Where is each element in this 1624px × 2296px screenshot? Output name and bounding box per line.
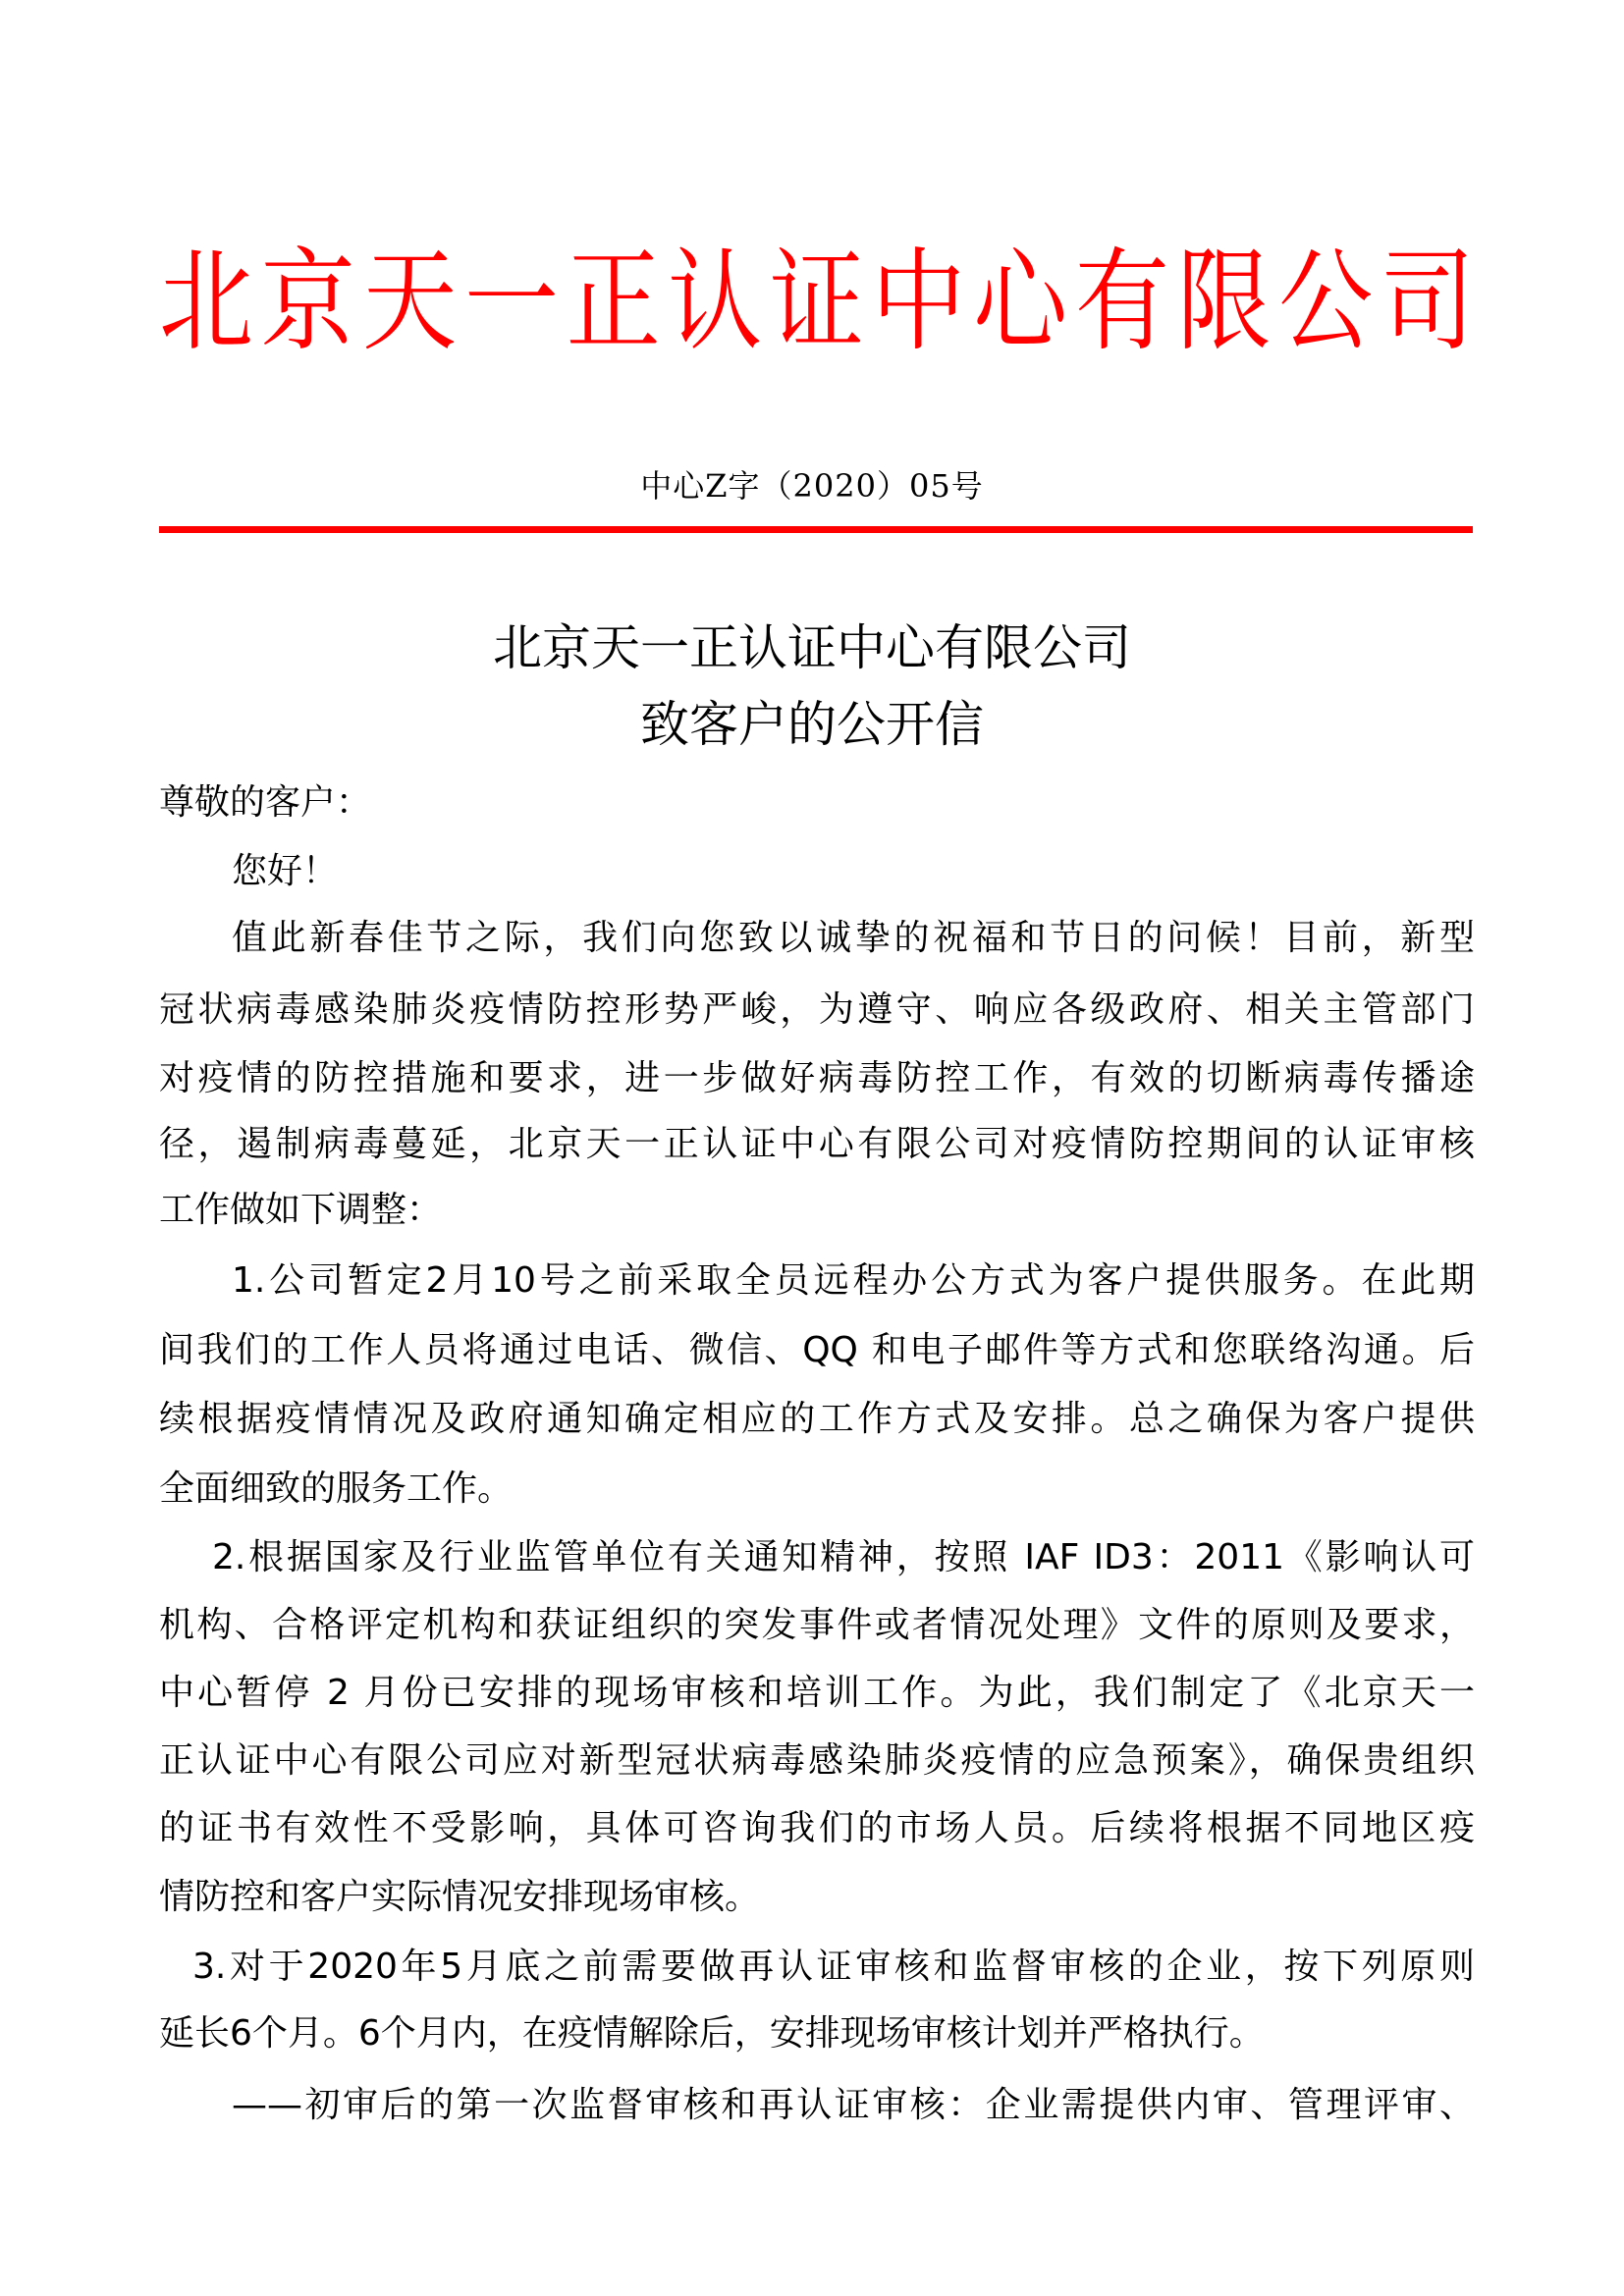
body-line: 机构、合格评定机构和获证组织的突发事件或者情况处理》文件的原则及要求， [159,1600,1475,1651]
letter-title-line2: 致客户的公开信 [0,690,1624,759]
masthead-char: 中 [872,236,966,369]
body-line: 正认证中心有限公司应对新型冠状病毒感染肺炎疫情的应急预案》，确保贵组织 [159,1735,1475,1787]
body-line: 全面细致的服务工作。 [159,1464,1475,1515]
masthead-char: 认 [668,236,762,369]
body-line: 中心暂停 2 月份已安排的现场审核和培训工作。为此，我们制定了《北京天一 [159,1668,1475,1719]
masthead-char: 有 [1075,236,1169,369]
document-number: 中心Z字（2020）05号 [0,463,1624,508]
body-line: 工作做如下调整： [159,1185,1475,1236]
body-line: 1.公司暂定2月10号之前采取全员远程办公方式为客户提供服务。在此期 [232,1255,1475,1307]
company-masthead: 北 京 天 一 正 认 证 中 心 有 限 公 司 [159,245,1475,358]
red-divider-rule [159,526,1473,533]
body-line: 3.对于2020年5月底之前需要做再认证审核和监督审核的企业，按下列原则 [192,1942,1475,1993]
masthead-char: 限 [1177,236,1272,369]
body-line: 的证书有效性不受影响，具体可咨询我们的市场人员。后续将根据不同地区疫 [159,1803,1475,1854]
masthead-char: 一 [464,236,559,369]
salutation: 尊敬的客户： [159,777,1475,828]
body-line: 对疫情的防控措施和要求，进一步做好病毒防控工作，有效的切断病毒传播途 [159,1053,1475,1104]
masthead-char: 北 [159,236,253,369]
body-line: 续根据疫情情况及政府通知确定相应的工作方式及安排。总之确保为客户提供 [159,1394,1475,1445]
masthead-char: 心 [973,236,1067,369]
body-line: 间我们的工作人员将通过电话、微信、QQ 和电子邮件等方式和您联络沟通。后 [159,1325,1475,1376]
masthead-char: 司 [1380,236,1475,369]
body-line: ——初审后的第一次监督审核和再认证审核：企业需提供内审、管理评审、 [232,2080,1475,2131]
masthead-char: 天 [362,236,457,369]
body-line: 冠状病毒感染肺炎疫情防控形势严峻，为遵守、响应各级政府、相关主管部门 [159,985,1475,1036]
masthead-char: 证 [770,236,864,369]
masthead-char: 京 [261,236,355,369]
body-line: 2.根据国家及行业监管单位有关通知精神，按照 IAF ID3：2011《影响认可 [212,1532,1475,1583]
body-line: 径，遏制病毒蔓延，北京天一正认证中心有限公司对疫情防控期间的认证审核 [159,1119,1475,1170]
masthead-char: 公 [1278,236,1373,369]
letter-title-line1: 北京天一正认证中心有限公司 [0,614,1624,682]
body-line: 情防控和客户实际情况安排现场审核。 [159,1872,1475,1923]
greeting: 您好！ [232,846,1547,897]
body-line: 值此新春佳节之际，我们向您致以诚挚的祝福和节日的问候！目前，新型 [232,913,1475,964]
masthead-char: 正 [567,236,661,369]
body-line: 延长6个月。6个月内，在疫情解除后，安排现场审核计划并严格执行。 [159,2008,1475,2059]
